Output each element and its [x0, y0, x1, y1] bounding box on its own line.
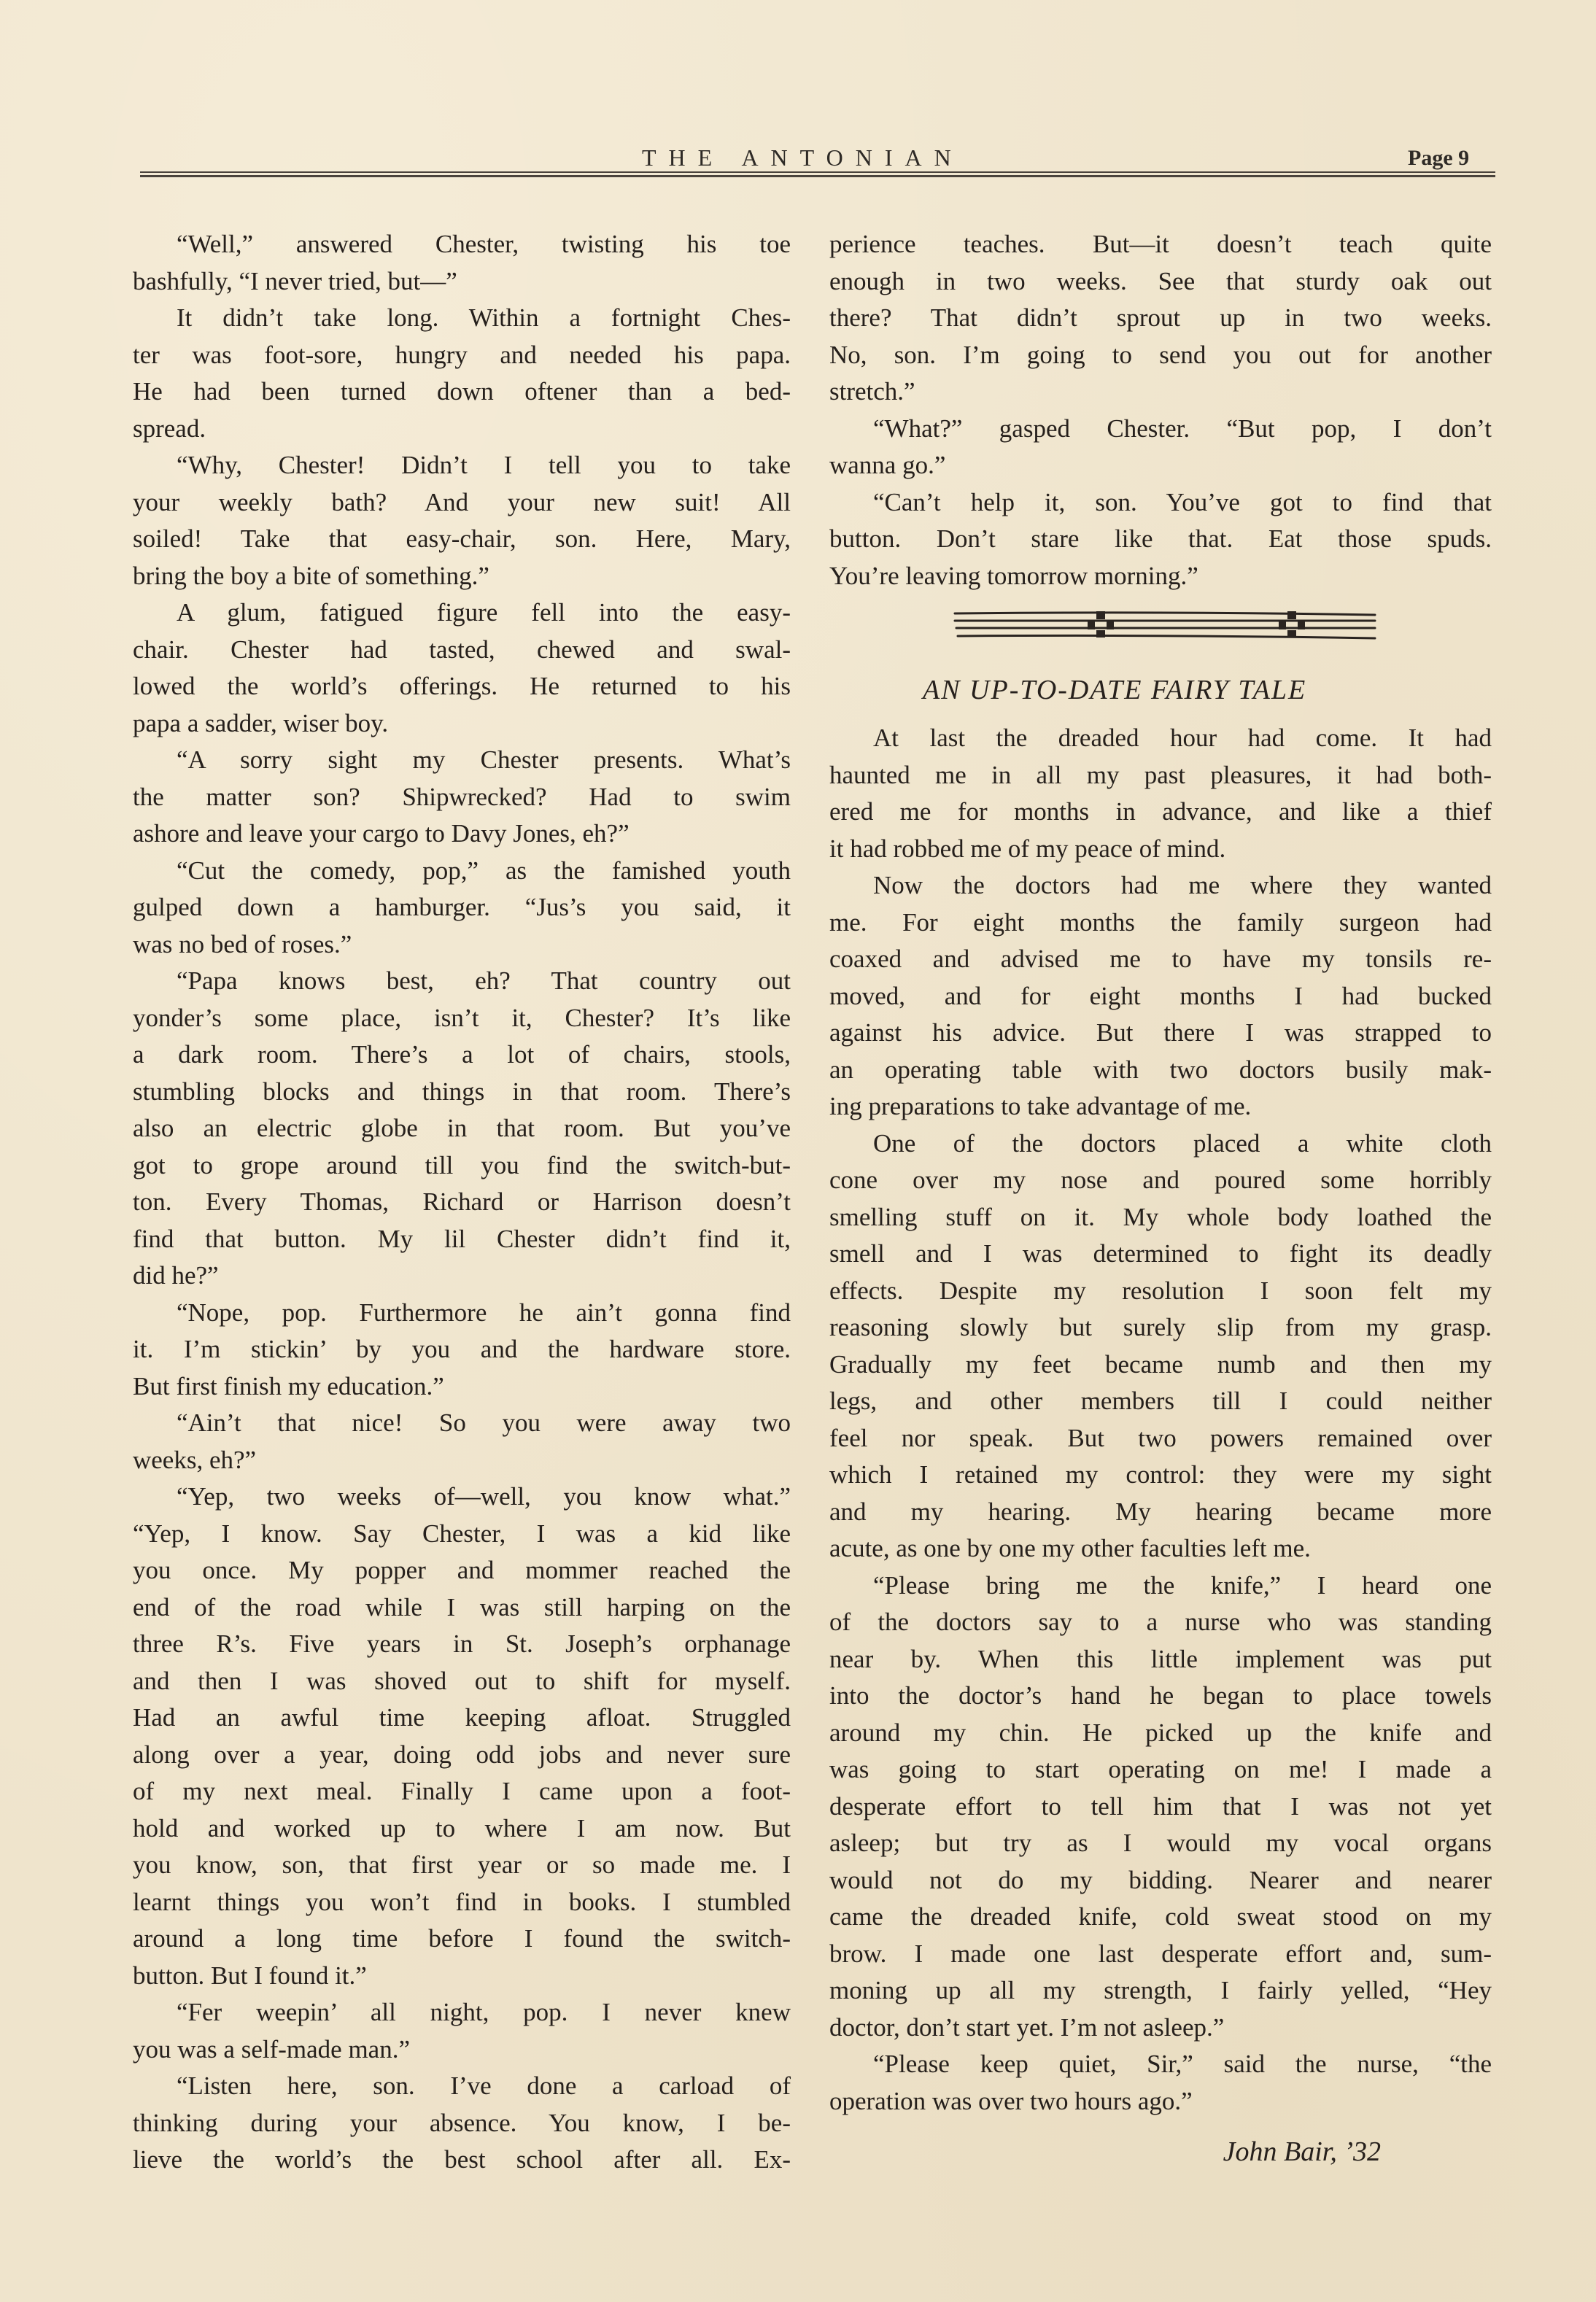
text-line: smelling stuff on it. My whole body loat…	[829, 1199, 1492, 1236]
text-line: lieve the world’s the best school after …	[133, 2142, 791, 2179]
text-line: around a long time before I found the sw…	[133, 1921, 791, 1958]
text-line: desperate effort to tell him that I was …	[829, 1788, 1492, 1826]
text-line: “Yep, I know. Say Chester, I was a kid l…	[133, 1516, 791, 1553]
text-line: papa a sadder, wiser boy.	[133, 705, 791, 743]
text-line: you was a self-made man.”	[133, 2031, 791, 2069]
text-line: you once. My popper and mommer reached t…	[133, 1552, 791, 1589]
text-line: stumbling blocks and things in that room…	[133, 1074, 791, 1111]
text-line: effects. Despite my resolution I soon fe…	[829, 1273, 1492, 1310]
text-line: Now the doctors had me where they wanted	[829, 867, 1492, 904]
text-line: yonder’s some place, isn’t it, Chester? …	[133, 1000, 791, 1037]
text-line: “Listen here, son. I’ve done a carload o…	[133, 2068, 791, 2105]
text-line: “Can’t help it, son. You’ve got to find …	[829, 484, 1492, 522]
text-line: brow. I made one last desperate effort a…	[829, 1936, 1492, 1973]
text-line: was going to start operating on me! I ma…	[829, 1751, 1492, 1788]
text-line: near by. When this little implement was …	[829, 1641, 1492, 1678]
text-line: also an electric globe in that room. But…	[133, 1110, 791, 1147]
text-line: Had an awful time keeping afloat. Strugg…	[133, 1700, 791, 1737]
text-line: around my chin. He picked up the knife a…	[829, 1715, 1492, 1752]
text-line: against his advice. But there I was stra…	[829, 1015, 1492, 1052]
text-line: came the dreaded knife, cold sweat stood…	[829, 1899, 1492, 1936]
text-line: along over a year, doing odd jobs and ne…	[133, 1737, 791, 1774]
text-line: bring the boy a bite of something.”	[133, 558, 791, 595]
text-line: At last the dreaded hour had come. It ha…	[829, 720, 1492, 757]
text-line: But first finish my education.”	[133, 1368, 791, 1406]
text-line: smell and I was determined to fight its …	[829, 1236, 1492, 1273]
text-line: No, son. I’m going to send you out for a…	[829, 337, 1492, 374]
text-line: “Please bring me the knife,” I heard one	[829, 1567, 1492, 1605]
text-line: of my next meal. Finally I came upon a f…	[133, 1773, 791, 1810]
story-title: AN UP-TO-DATE FAIRY TALE	[829, 667, 1492, 713]
text-line: an operating table with two doctors busi…	[829, 1052, 1492, 1089]
text-line: It didn’t take long. Within a fortnight …	[133, 300, 791, 337]
text-line: and my hearing. My hearing became more	[829, 1494, 1492, 1531]
text-line: “Nope, pop. Furthermore he ain’t gonna f…	[133, 1295, 791, 1332]
text-line: wanna go.”	[829, 447, 1492, 484]
text-line: reasoning slowly but surely slip from my…	[829, 1309, 1492, 1346]
text-line: He had been turned down oftener than a b…	[133, 373, 791, 411]
text-line: there? That didn’t sprout up in two week…	[829, 300, 1492, 337]
header-double-rule	[140, 171, 1495, 177]
text-line: Gradually my feet became numb and then m…	[829, 1346, 1492, 1384]
text-line: ter was foot-sore, hungry and needed his…	[133, 337, 791, 374]
text-line: moved, and for eight months I had bucked	[829, 978, 1492, 1015]
text-line: cone over my nose and poured some horrib…	[829, 1162, 1492, 1199]
text-line: your weekly bath? And your new suit! All	[133, 484, 791, 522]
text-line: coaxed and advised me to have my tonsils…	[829, 941, 1492, 978]
text-line: A glum, fatigued figure fell into the ea…	[133, 594, 791, 632]
text-line: operation was over two hours ago.”	[829, 2083, 1492, 2120]
text-line: soiled! Take that easy-chair, son. Here,…	[133, 521, 791, 558]
text-line: me. For eight months the family surgeon …	[829, 904, 1492, 942]
text-line: did he?”	[133, 1257, 791, 1295]
text-line: thinking during your absence. You know, …	[133, 2105, 791, 2142]
text-line: which I retained my control: they were m…	[829, 1457, 1492, 1494]
text-line: a dark room. There’s a lot of chairs, st…	[133, 1036, 791, 1074]
left-column: “Well,” answered Chester, twisting his t…	[133, 226, 791, 2179]
text-line: “Yep, two weeks of—well, you know what.”	[133, 1479, 791, 1516]
text-line: button. Don’t stare like that. Eat those…	[829, 521, 1492, 558]
text-line: “Papa knows best, eh? That country out	[133, 963, 791, 1000]
text-line: asleep; but try as I would my vocal orga…	[829, 1825, 1492, 1862]
text-line: into the doctor’s hand he began to place…	[829, 1678, 1492, 1715]
author-byline: John Bair, ’32	[829, 2130, 1492, 2174]
text-line: the matter son? Shipwrecked? Had to swim	[133, 779, 791, 816]
text-line: bashfully, “I never tried, but—”	[133, 263, 791, 301]
text-line: you know, son, that first year or so mad…	[133, 1847, 791, 1884]
ornament-icon	[953, 609, 1376, 641]
text-line: three R’s. Five years in St. Joseph’s or…	[133, 1626, 791, 1663]
text-line: perience teaches. But—it doesn’t teach q…	[829, 226, 1492, 263]
text-line: weeks, eh?”	[133, 1442, 791, 1479]
text-line: “Ain’t that nice! So you were away two	[133, 1405, 791, 1442]
text-line: button. But I found it.”	[133, 1958, 791, 1995]
text-line: ered me for months in advance, and like …	[829, 794, 1492, 831]
story-continuation: perience teaches. But—it doesn’t teach q…	[829, 226, 1492, 594]
text-line: feel nor speak. But two powers remained …	[829, 1420, 1492, 1457]
text-line: doctor, don’t start yet. I’m not asleep.…	[829, 2010, 1492, 2047]
text-line: ing preparations to take advantage of me…	[829, 1088, 1492, 1125]
text-line: find that button. My lil Chester didn’t …	[133, 1221, 791, 1258]
text-line: chair. Chester had tasted, chewed and sw…	[133, 632, 791, 669]
text-line: enough in two weeks. See that sturdy oak…	[829, 263, 1492, 301]
text-line: and then I was shoved out to shift for m…	[133, 1663, 791, 1700]
text-line: “Cut the comedy, pop,” as the famished y…	[133, 853, 791, 890]
text-line: moning up all my strength, I fairly yell…	[829, 1972, 1492, 2010]
text-line: would not do my bidding. Nearer and near…	[829, 1862, 1492, 1899]
text-line: “Fer weepin’ all night, pop. I never kne…	[133, 1994, 791, 2031]
text-line: it. I’m stickin’ by you and the hardware…	[133, 1331, 791, 1368]
text-line: “Please keep quiet, Sir,” said the nurse…	[829, 2046, 1492, 2083]
text-line: One of the doctors placed a white cloth	[829, 1125, 1492, 1163]
text-line: ashore and leave your cargo to Davy Jone…	[133, 815, 791, 853]
text-line: You’re leaving tomorrow morning.”	[829, 558, 1492, 595]
text-line: ton. Every Thomas, Richard or Harrison d…	[133, 1184, 791, 1221]
story-body: At last the dreaded hour had come. It ha…	[829, 720, 1492, 2120]
text-line: end of the road while I was still harpin…	[133, 1589, 791, 1627]
text-line: was no bed of roses.”	[133, 926, 791, 964]
text-line: lowed the world’s offerings. He returned…	[133, 668, 791, 705]
text-line: spread.	[133, 411, 791, 448]
text-line: learnt things you won’t find in books. I…	[133, 1884, 791, 1921]
text-line: acute, as one by one my other faculties …	[829, 1530, 1492, 1567]
right-column: perience teaches. But—it doesn’t teach q…	[829, 226, 1492, 2174]
text-line: it had robbed me of my peace of mind.	[829, 831, 1492, 868]
page-number: Page 9	[1408, 146, 1469, 171]
text-line: legs, and other members till I could nei…	[829, 1383, 1492, 1420]
text-line: of the doctors say to a nurse who was st…	[829, 1604, 1492, 1641]
text-line: got to grope around till you find the sw…	[133, 1147, 791, 1185]
text-line: hold and worked up to where I am now. Bu…	[133, 1810, 791, 1848]
text-line: “Well,” answered Chester, twisting his t…	[133, 226, 791, 263]
text-line: “What?” gasped Chester. “But pop, I don’…	[829, 411, 1492, 448]
magazine-page: THE ANTONIAN Page 9 “Well,” answered Che…	[0, 0, 1596, 2302]
ornamental-divider	[829, 594, 1492, 667]
text-line: haunted me in all my past pleasures, it …	[829, 757, 1492, 794]
publication-title: THE ANTONIAN	[642, 144, 964, 171]
text-line: “A sorry sight my Chester presents. What…	[133, 742, 791, 779]
text-line: stretch.”	[829, 373, 1492, 411]
text-line: “Why, Chester! Didn’t I tell you to take	[133, 447, 791, 484]
text-line: gulped down a hamburger. “Jus’s you said…	[133, 889, 791, 926]
